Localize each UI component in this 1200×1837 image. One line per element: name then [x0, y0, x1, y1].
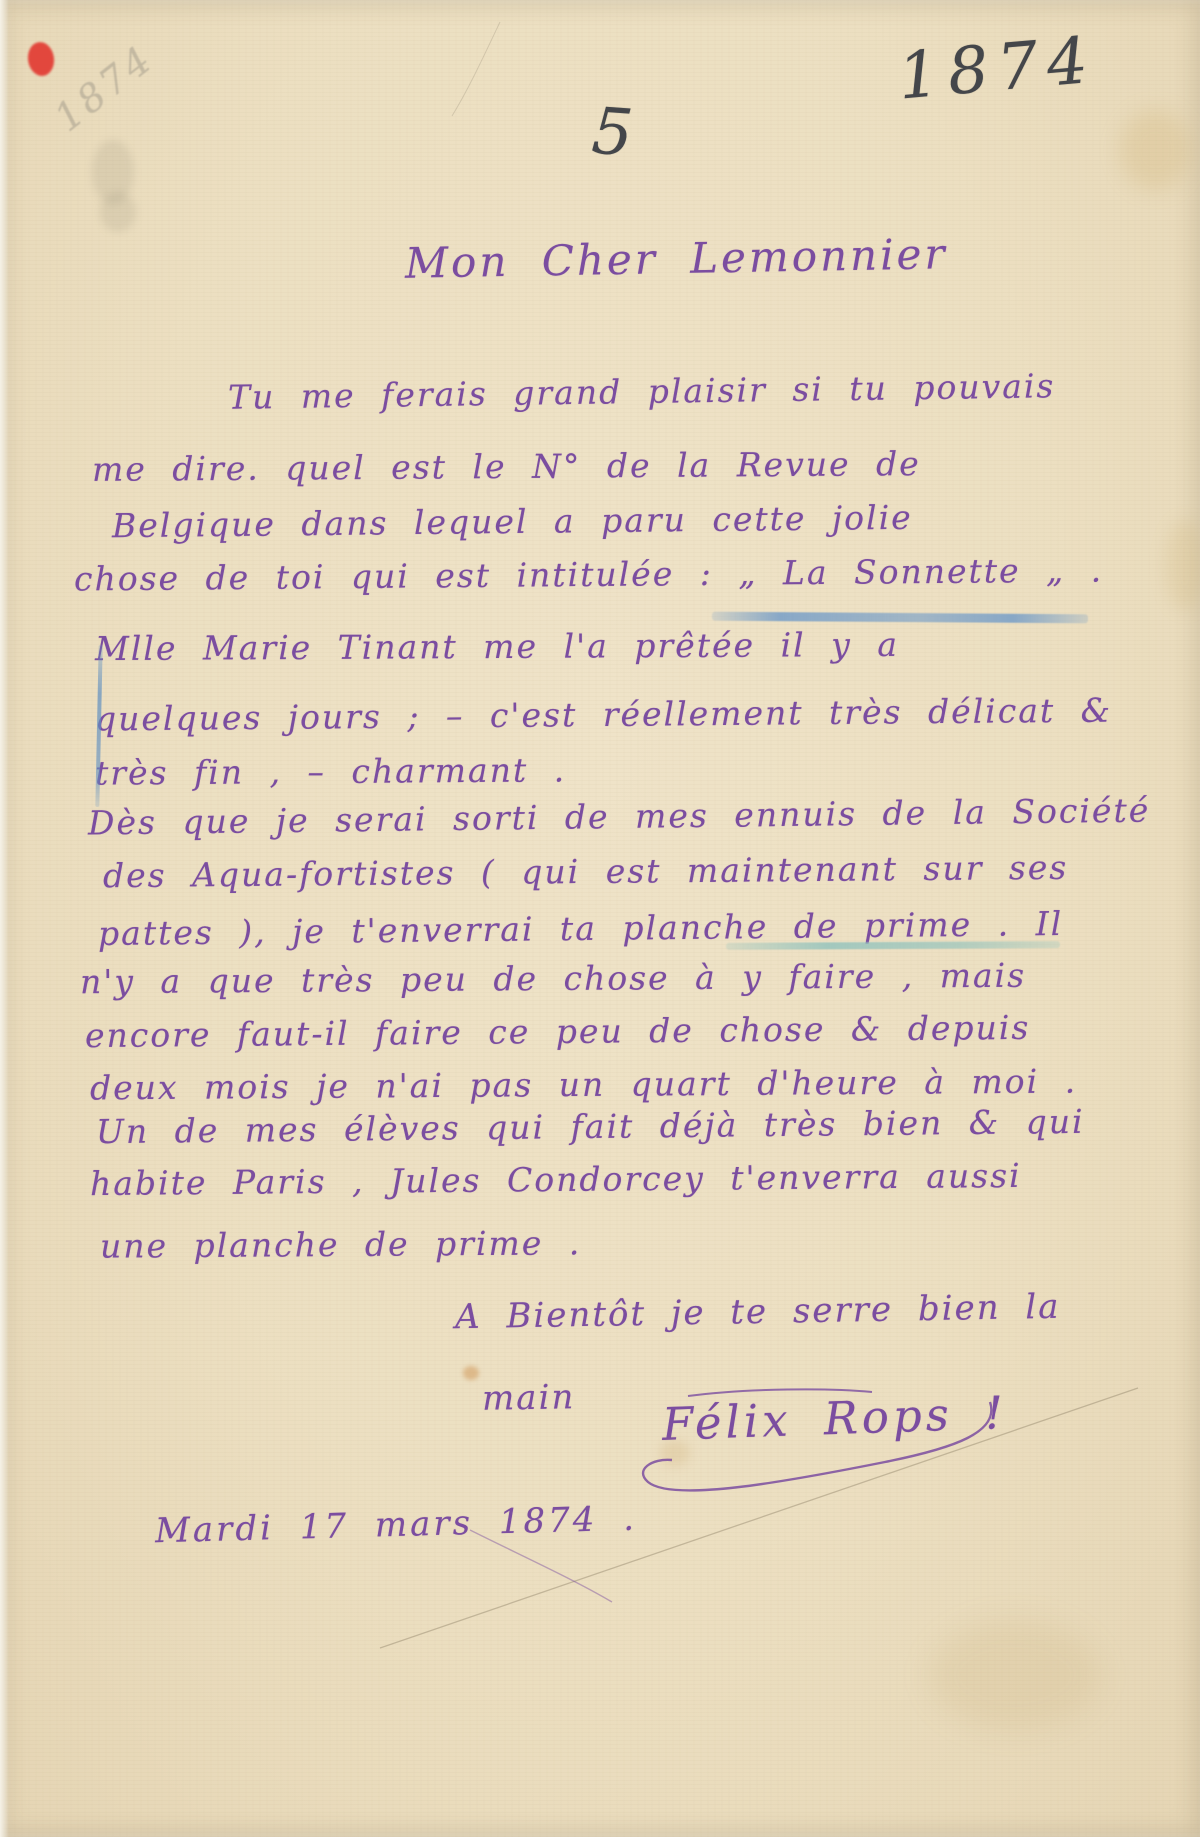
letter-line: chose de toi qui est intitulée : „ La So… — [74, 554, 1103, 596]
letter-line: deux mois je n'ai pas un quart d'heure à… — [90, 1065, 1077, 1105]
pencil-smudge — [100, 192, 136, 232]
letter-line: n'y a que très peu de chose à y faire , … — [80, 959, 1026, 999]
letter-line: quelques jours ; – c'est réellement très… — [95, 694, 1112, 736]
letter-line: encore faut-il faire ce peu de chose & d… — [85, 1011, 1031, 1052]
letter-line: Mlle Marie Tinant me l'a prêtée il y a — [95, 628, 899, 665]
letter-line: habite Paris , Jules Condorcey t'enverra… — [90, 1159, 1022, 1200]
pencil-page-number: 5 — [589, 95, 635, 172]
letter-line: très fin , – charmant . — [95, 753, 566, 789]
salutation-line: Mon Cher Lemonnier — [405, 229, 948, 287]
closing-line-main: main — [482, 1377, 576, 1419]
letter-line: Belgique dans lequel a paru cette jolie — [112, 501, 913, 542]
letter-line: me dire. quel est le N° de la Revue de — [92, 447, 921, 486]
letter-line: des Aqua-fortistes ( qui est maintenant … — [103, 851, 1069, 892]
paper-left-edge — [0, 0, 9, 1837]
letter-line: une planche de prime . — [100, 1226, 582, 1262]
letter-line: Un de mes élèves qui fait déjà très bien… — [96, 1105, 1085, 1148]
